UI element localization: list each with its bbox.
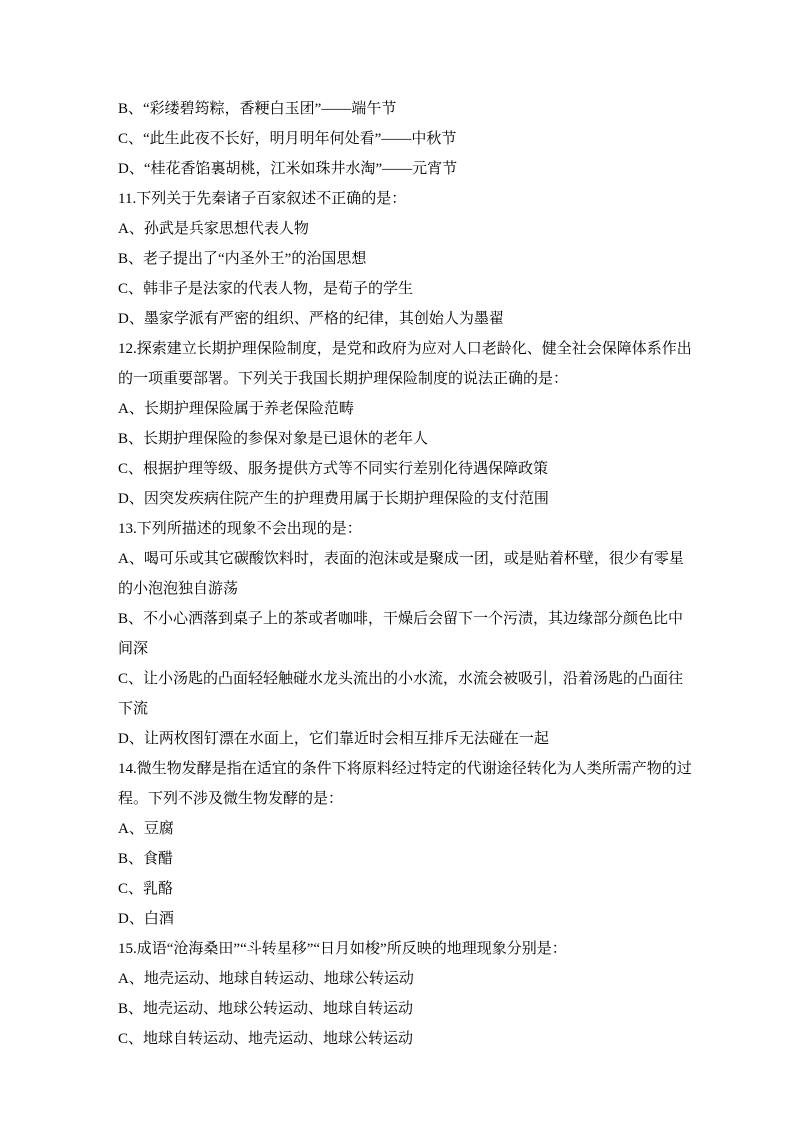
paragraph-q11-option-d: D、墨家学派有严密的组织、严格的纪律，其创始人为墨翟 <box>118 304 694 334</box>
paragraph-q15-option-b: B、地壳运动、地球公转运动、地球自转运动 <box>118 994 694 1024</box>
paragraph-q10-option-c: C、“此生此夜不长好，明月明年何处看”——中秋节 <box>118 124 694 154</box>
paragraph-q13-option-a: A、喝可乐或其它碳酸饮料时，表面的泡沫或是聚成一团，或是贴着杯壁，很少有零星的小… <box>118 544 694 604</box>
paragraph-q15-stem: 15.成语“沧海桑田”“斗转星移”“日月如梭”所反映的地理现象分别是： <box>118 934 694 964</box>
paragraph-q12-option-b: B、长期护理保险的参保对象是已退休的老年人 <box>118 424 694 454</box>
paragraph-q14-option-a: A、豆腐 <box>118 814 694 844</box>
document-content: B、“彩缕碧筠粽，香粳白玉团”——端午节C、“此生此夜不长好，明月明年何处看”—… <box>118 94 694 1054</box>
paragraph-q15-option-a: A、地壳运动、地球自转运动、地球公转运动 <box>118 964 694 994</box>
document-page: B、“彩缕碧筠粽，香粳白玉团”——端午节C、“此生此夜不长好，明月明年何处看”—… <box>0 0 794 1122</box>
paragraph-q14-option-d: D、白酒 <box>118 904 694 934</box>
paragraph-q13-option-d: D、让两枚图钉漂在水面上，它们靠近时会相互排斥无法碰在一起 <box>118 724 694 754</box>
paragraph-q11-stem: 11.下列关于先秦诸子百家叙述不正确的是： <box>118 184 694 214</box>
paragraph-q10-option-b: B、“彩缕碧筠粽，香粳白玉团”——端午节 <box>118 94 694 124</box>
paragraph-q13-option-c: C、让小汤匙的凸面轻轻触碰水龙头流出的小水流，水流会被吸引，沿着汤匙的凸面往下流 <box>118 664 694 724</box>
paragraph-q15-option-c: C、地球自转运动、地壳运动、地球公转运动 <box>118 1024 694 1054</box>
paragraph-q11-option-a: A、孙武是兵家思想代表人物 <box>118 214 694 244</box>
paragraph-q11-option-b: B、老子提出了“内圣外王”的治国思想 <box>118 244 694 274</box>
paragraph-q13-option-b: B、不小心洒落到桌子上的茶或者咖啡，干燥后会留下一个污渍，其边缘部分颜色比中间深 <box>118 604 694 664</box>
paragraph-q12-option-d: D、因突发疾病住院产生的护理费用属于长期护理保险的支付范围 <box>118 484 694 514</box>
paragraph-q14-stem: 14.微生物发酵是指在适宜的条件下将原料经过特定的代谢途径转化为人类所需产物的过… <box>118 754 694 814</box>
paragraph-q12-option-a: A、长期护理保险属于养老保险范畴 <box>118 394 694 424</box>
paragraph-q10-option-d: D、“桂花香馅裏胡桃，江米如珠井水淘”——元宵节 <box>118 154 694 184</box>
paragraph-q14-option-b: B、食醋 <box>118 844 694 874</box>
paragraph-q14-option-c: C、乳酪 <box>118 874 694 904</box>
paragraph-q11-option-c: C、韩非子是法家的代表人物，是荀子的学生 <box>118 274 694 304</box>
paragraph-q13-stem: 13.下列所描述的现象不会出现的是： <box>118 514 694 544</box>
paragraph-q12-stem: 12.探索建立长期护理保险制度，是党和政府为应对人口老龄化、健全社会保障体系作出… <box>118 334 694 394</box>
paragraph-q12-option-c: C、根据护理等级、服务提供方式等不同实行差别化待遇保障政策 <box>118 454 694 484</box>
